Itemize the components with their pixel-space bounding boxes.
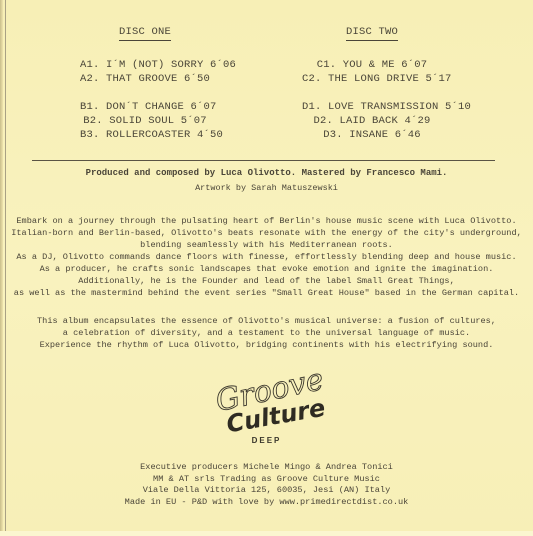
artwork-credit: Artwork by Sarah Matuszewski	[0, 183, 533, 193]
track-b1: B1. DON´T CHANGE 6´07	[80, 100, 210, 114]
track-b3: B3. ROLLERCOASTER 4´50	[80, 128, 210, 142]
track-d3: D3. INSANE 6´46	[302, 128, 442, 142]
bio-paragraph-2: This album encapsulates the essence of O…	[0, 315, 533, 351]
track-d2: D2. LAID BACK 4´29	[302, 114, 442, 128]
groove-culture-logo: Groove Culture	[210, 362, 330, 447]
disc-one-title: DISC ONE	[119, 26, 171, 41]
bio-paragraph-1: Embark on a journey through the pulsatin…	[0, 215, 533, 299]
track-c1: C1. YOU & ME 6´07	[302, 58, 442, 72]
footer-company: MM & AT srls Trading as Groove Culture M…	[0, 474, 533, 486]
footer-address: Viale Della Vittoria 125, 60035, Jesi (A…	[0, 485, 533, 497]
disc-two-title: DISC TWO	[346, 26, 398, 41]
record-sleeve-back: DISC ONE A1. I´M (NOT) SORRY 6´06 A2. TH…	[0, 0, 533, 536]
production-credits: Produced and composed by Luca Olivotto. …	[0, 168, 533, 178]
footer-executive-producers: Executive producers Michele Mingo & Andr…	[0, 462, 533, 474]
footer-distribution: Made in EU - P&D with love by www.primed…	[0, 497, 533, 509]
disc-one-tracklist: DISC ONE A1. I´M (NOT) SORRY 6´06 A2. TH…	[80, 26, 210, 142]
track-c2: C2. THE LONG DRIVE 5´17	[302, 72, 442, 86]
divider-rule	[32, 160, 495, 161]
sleeve-bottom-edge	[0, 531, 533, 536]
track-a1: A1. I´M (NOT) SORRY 6´06	[80, 58, 210, 72]
disc-two-tracklist: DISC TWO C1. YOU & ME 6´07 C2. THE LONG …	[302, 26, 442, 142]
logo-deep-text: DEEP	[0, 436, 533, 445]
track-a2: A2. THAT GROOVE 6´50	[80, 72, 210, 86]
track-b2: B2. SOLID SOUL 5´07	[80, 114, 210, 128]
track-d1: D1. LOVE TRANSMISSION 5´10	[302, 100, 442, 114]
footer-info: Executive producers Michele Mingo & Andr…	[0, 462, 533, 508]
